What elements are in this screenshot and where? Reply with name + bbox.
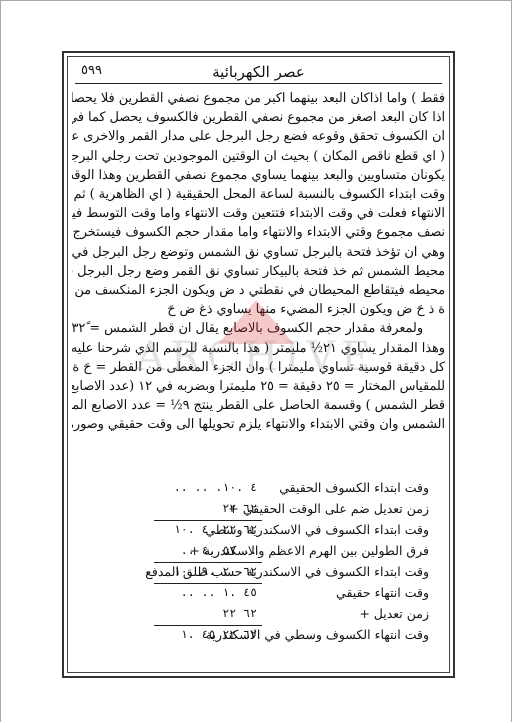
text-line: وهذا المقدار يساوي ٢١½ مليمتر ( هذا بالن… [72,339,445,358]
text-line: وقت ابتداء الكسوف بالنسبة لساعة المحل ال… [72,185,445,204]
text-line: للمقياس المختار = ٢٥ دقيقة = ٢٥ مليمترا … [72,377,445,396]
calc-label: وقت انتهاء الكسوف وسطي في الاسكندرية [199,627,429,642]
calc-row: .. .. .٤ .١٠ وقت ابتداء الكسوف الحقيقي [72,478,445,499]
body-text: فقط ) واما اذاكان البعد بينهما اكبر من م… [72,89,445,435]
text-line: ولمعرفة مقدار حجم الكسوف بالاصابع يقال ا… [72,319,445,338]
text-line: فقط ) واما اذاكان البعد بينهما اكبر من م… [72,89,445,108]
text-line: يكونان متساويين والبعد بينهما يساوي مجمو… [72,166,445,185]
text-line: وهي ان تؤخذ فتحة بالبرجل تساوي نق الشمس … [72,243,445,262]
text-line: اذا كان البعد اصغر من مجموع نصفي القطرين… [72,108,445,127]
calc-label: وقت ابتداء الكسوف الحقيقي [199,480,429,495]
calc-label: وقت ابتداء الكسوف في الاسكندرية وسطي [199,522,429,537]
sum-rule [154,562,262,563]
text-line: كل دقيقة قوسية تساوي مليمترا ) وان الجزء… [72,358,445,377]
calc-row: ٦٢ ٢٢ زمن تعديل + [72,604,445,625]
calc-label: زمن تعديل ضم على الوقت الحقيقي + [199,501,429,516]
text-line: ة ذ حَ ض ويكون الجزء المضيء منها يساوي ذ… [72,300,445,319]
text-line: ان الكسوف تحقق وقوعه فضع رجل البرجل على … [72,127,445,146]
paragraph-2: ولمعرفة مقدار حجم الكسوف بالاصابع يقال ا… [72,319,445,434]
calc-label: فرق الطولين بين الهرم الاعظم والاسكندرية… [199,543,429,558]
calc-label: وقت ابتداء الكسوف في الاسكندرية حسب طلق … [199,564,429,579]
text-line: الانتهاء فعلت في وقت الابتداء فتتعين وقت… [72,204,445,223]
text-line: ( اي قطع ناقص المكان ) بحيث ان الوقتين ا… [72,147,445,166]
calc-label: وقت انتهاء حقيقي [199,585,429,600]
page-number: ٥٩٩ [81,63,102,78]
sum-rule [154,583,262,584]
text-line: قطر الشمس ) وقسمة الحاصل على القطر ينتج … [72,396,445,415]
page-frame: عصر الكهربائية ٥٩٩ فقط ) واما اذاكان الب… [62,51,455,678]
calc-row: ٦٢ ٢٢ زمن تعديل ضم على الوقت الحقيقي + [72,499,445,520]
calc-row: .. .. ٤٥ .١ وقت انتهاء حقيقي [72,583,445,604]
calc-label: زمن تعديل + [199,606,429,621]
time-calculation-table: .. .. .٤ .١٠ وقت ابتداء الكسوف الحقيقي ٦… [72,478,445,646]
sum-rule [154,520,262,521]
calc-row: ٦٢ ٢٠ .٩ .١٠ وقت ابتداء الكسوف في الاسكن… [72,562,445,583]
sum-rule [154,625,262,626]
calc-row: ٦٢ ٢٢ .٤ .١٠ وقت ابتداء الكسوف في الاسكن… [72,520,445,541]
text-line: نصف مجموع وقتي الابتداء والانتهاء واما م… [72,223,445,242]
paragraph-1: فقط ) واما اذاكان البعد بينهما اكبر من م… [72,89,445,319]
text-line: محيط الشمس ثم خذ فتحة بالبيكار تساوي نق … [72,262,445,281]
calc-row: .. ٥٧ .٤ .. فرق الطولين بين الهرم الاعظم… [72,541,445,562]
text-line: محيطه فيتقاطع المحيطان في نقطتي د ض ويكو… [72,281,445,300]
running-title: عصر الكهربائية [75,63,442,81]
calc-row: ٦٢ ٢٢ ٤٥ .١ وقت انتهاء الكسوف وسطي في ال… [72,625,445,646]
text-line: الشمس وان وقتي الابتداء والانتهاء يلزم ت… [72,415,445,434]
page-header: عصر الكهربائية ٥٩٩ [75,61,442,84]
